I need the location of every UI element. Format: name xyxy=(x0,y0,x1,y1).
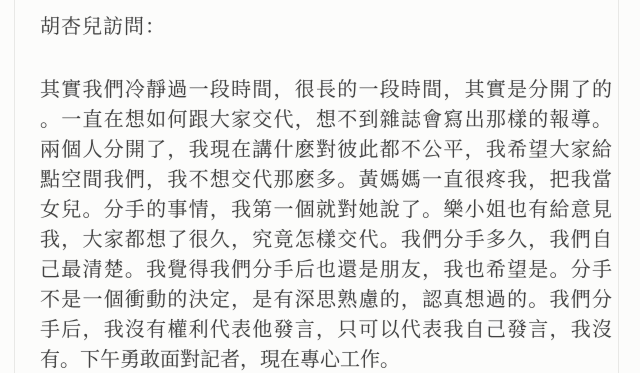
article-paragraph: 其實我們冷靜過一段時間，很長的一段時間，其實是分開了的。一直在想如何跟大家交代，… xyxy=(40,74,612,373)
article-title: 胡杏兒訪問： xyxy=(40,10,166,39)
paragraph-line: 女兒。分手的事情，我第一個就對她說了。樂小姐也有給意見 xyxy=(40,194,612,224)
article-page: 胡杏兒訪問： 其實我們冷靜過一段時間，很長的一段時間，其實是分開了的。一直在想如… xyxy=(0,0,640,373)
paragraph-line: 不是一個衝動的決定，是有深思熟慮的，認真想過的。我們分 xyxy=(40,284,612,314)
paragraph-line: 有。下午勇敢面對記者，現在專心工作。 xyxy=(40,344,612,373)
paragraph-line: 己最清楚。我覺得我們分手后也還是朋友，我也希望是。分手 xyxy=(40,254,612,284)
content-left-border xyxy=(14,0,15,373)
content-right-border xyxy=(618,0,619,373)
paragraph-line: 點空間我們，我不想交代那麽多。黃媽媽一直很疼我，把我當 xyxy=(40,164,612,194)
paragraph-line: 。一直在想如何跟大家交代，想不到雜誌會寫出那樣的報導。 xyxy=(40,104,612,134)
paragraph-line: 我，大家都想了很久，究竟怎樣交代。我們分手多久，我們自 xyxy=(40,224,612,254)
paragraph-line: 其實我們冷靜過一段時間，很長的一段時間，其實是分開了的 xyxy=(40,74,612,104)
paragraph-line: 手后，我沒有權利代表他發言，只可以代表我自己發言，我沒 xyxy=(40,314,612,344)
paragraph-line: 兩個人分開了，我現在講什麽對彼此都不公平，我希望大家給 xyxy=(40,134,612,164)
